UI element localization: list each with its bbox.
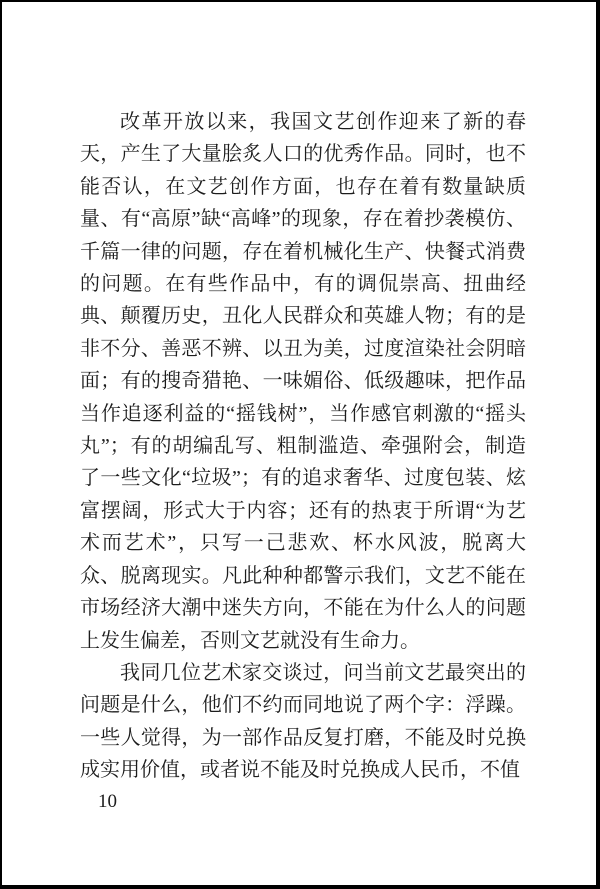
scanned-book-page: { "document": { "paragraphs": [ "改革开放以来，… [0,0,600,889]
book-page: 改革开放以来，我国文艺创作迎来了新的春天，产生了大量脍炙人口的优秀作品。同时，也… [0,0,600,889]
paragraph-1: 改革开放以来，我国文艺创作迎来了新的春天，产生了大量脍炙人口的优秀作品。同时，也… [80,106,526,657]
page-number: 10 [98,790,117,814]
body-text: 改革开放以来，我国文艺创作迎来了新的春天，产生了大量脍炙人口的优秀作品。同时，也… [80,106,526,787]
paragraph-2: 我同几位艺术家交谈过，问当前文艺最突出的问题是什么，他们不约而同地说了两个字：浮… [80,657,526,787]
